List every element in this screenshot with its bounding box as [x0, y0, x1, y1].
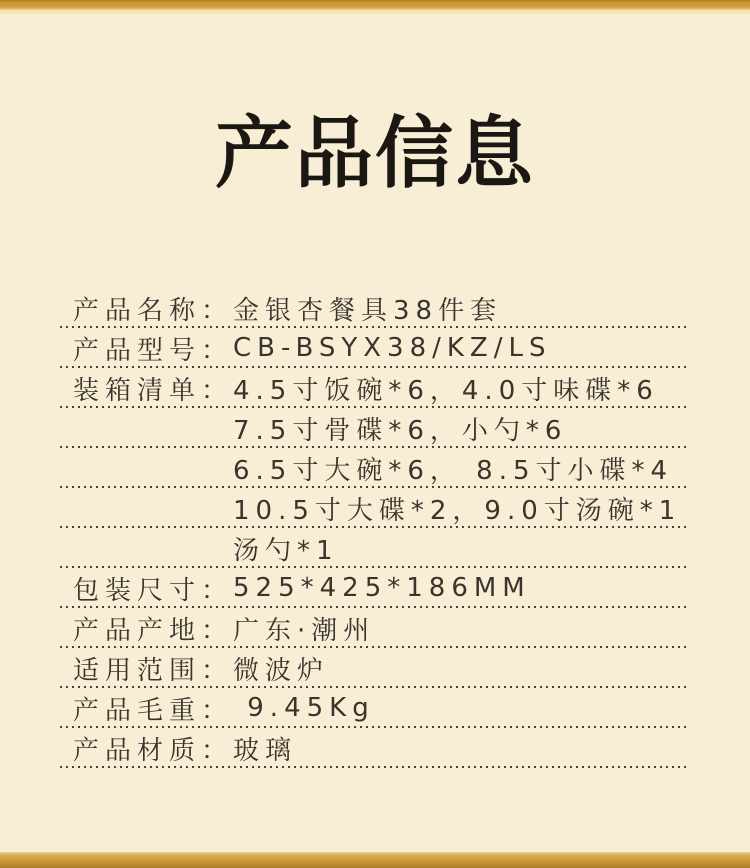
- spec-label: 适用范围：: [73, 650, 233, 687]
- table-row: 包装尺寸： 525*425*186MM: [60, 568, 687, 608]
- spec-table: 产品名称： 金银杏餐具38件套 产品型号： CB-BSYX38/KZ/LS 装箱…: [60, 288, 687, 768]
- table-row: 产品材质： 玻璃: [60, 728, 687, 768]
- table-row: 产品名称： 金银杏餐具38件套: [60, 288, 687, 328]
- spec-value: 7.5寸骨碟*6，小勺*6: [233, 410, 567, 447]
- spec-label: 包装尺寸：: [73, 570, 233, 607]
- spec-value: 9.45Kg: [233, 693, 375, 723]
- bottom-gold-border: [0, 852, 750, 868]
- spec-label: 装箱清单：: [73, 370, 233, 407]
- spec-value: 汤勺*1: [233, 530, 339, 567]
- product-info-panel: 产品信息 产品名称： 金银杏餐具38件套 产品型号： CB-BSYX38/KZ/…: [0, 0, 750, 868]
- top-gold-border: [0, 0, 750, 14]
- table-row: 7.5寸骨碟*6，小勺*6: [60, 408, 687, 448]
- spec-value: CB-BSYX38/KZ/LS: [233, 333, 551, 363]
- spec-value: 微波炉: [233, 650, 329, 687]
- spec-value: 金银杏餐具38件套: [233, 290, 502, 327]
- spec-label: 产品产地：: [73, 610, 233, 647]
- spec-label: 产品材质：: [73, 730, 233, 767]
- spec-value: 玻璃: [233, 730, 297, 767]
- table-row: 汤勺*1: [60, 528, 687, 568]
- spec-value: 6.5寸大碗*6， 8.5寸小碟*4: [233, 450, 673, 487]
- table-row: 10.5寸大碟*2，9.0寸汤碗*1: [60, 488, 687, 528]
- table-row: 适用范围： 微波炉: [60, 648, 687, 688]
- table-row: 产品产地： 广东·潮州: [60, 608, 687, 648]
- page-title: 产品信息: [0, 104, 750, 204]
- table-row: 产品毛重： 9.45Kg: [60, 688, 687, 728]
- spec-value: 广东·潮州: [233, 610, 375, 647]
- spec-label: 产品毛重：: [73, 690, 233, 727]
- table-row: 6.5寸大碗*6， 8.5寸小碟*4: [60, 448, 687, 488]
- table-row: 装箱清单： 4.5寸饭碗*6，4.0寸味碟*6: [60, 368, 687, 408]
- spec-value: 4.5寸饭碗*6，4.0寸味碟*6: [233, 370, 659, 407]
- spec-value: 10.5寸大碟*2，9.0寸汤碗*1: [233, 490, 681, 527]
- spec-label: 产品型号：: [73, 330, 233, 367]
- spec-label: 产品名称：: [73, 290, 233, 327]
- spec-value: 525*425*186MM: [233, 573, 531, 603]
- table-row: 产品型号： CB-BSYX38/KZ/LS: [60, 328, 687, 368]
